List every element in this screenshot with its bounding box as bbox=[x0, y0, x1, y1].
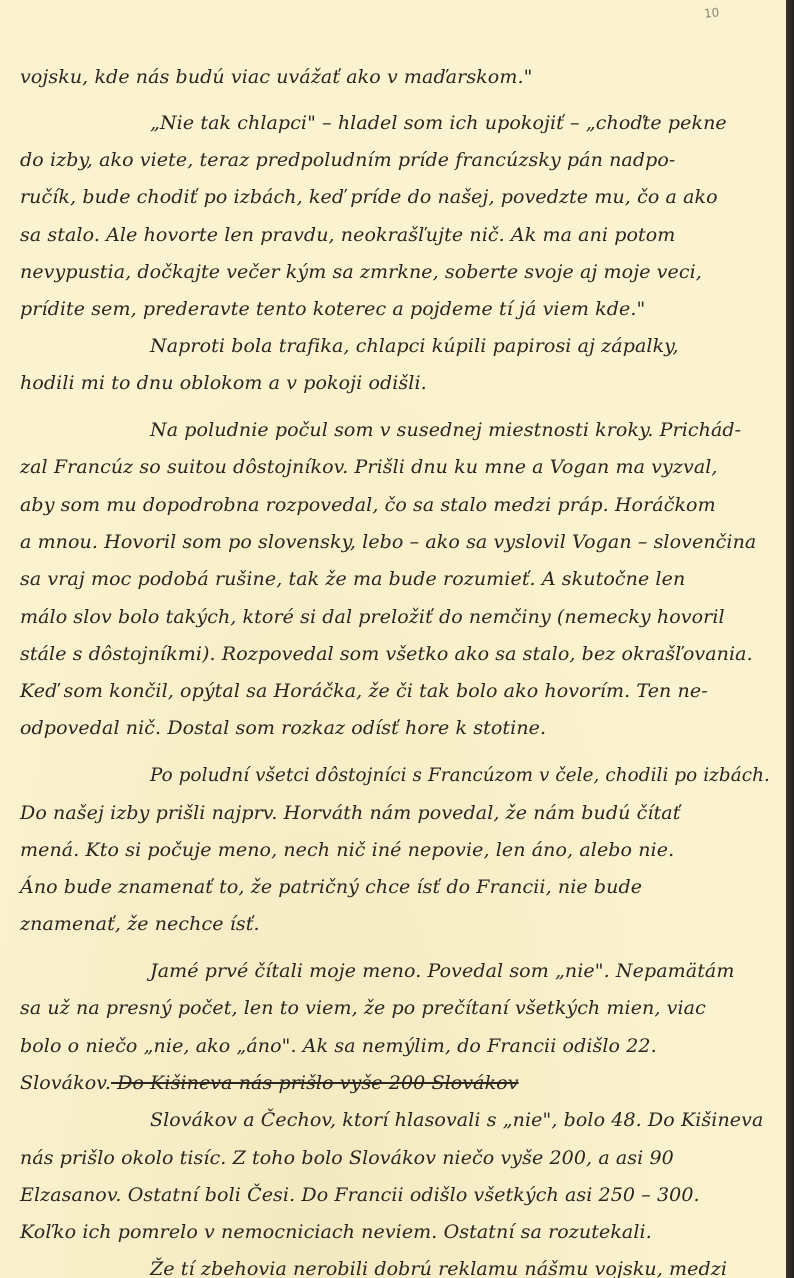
text-line: zal Francúz so suitou dôstojníkov. Prišl… bbox=[20, 456, 718, 478]
text-line: aby som mu dopodrobna rozpovedal, čo sa … bbox=[20, 494, 716, 516]
struck-through-text: Do Kišineva nás prišlo vyše 200 Slovákov bbox=[111, 1072, 519, 1094]
text-line-with-strikethrough: Slovákov. Do Kišineva nás prišlo vyše 20… bbox=[20, 1072, 519, 1094]
text-line: prídite sem, prederavte tento koterec a … bbox=[20, 298, 645, 320]
page-number: 10 bbox=[703, 5, 720, 21]
text-line: sa vraj moc podobá rušine, tak že ma bud… bbox=[20, 568, 685, 590]
text-line: Slovákov a Čechov, ktorí hlasovali s „ni… bbox=[150, 1109, 763, 1131]
text-line: hodili mi to dnu oblokom a v pokoji odiš… bbox=[20, 372, 427, 394]
text-line: bolo o niečo „nie, ako „áno". Ak sa nemý… bbox=[20, 1035, 657, 1057]
text-line: a mnou. Hovoril som po slovensky, lebo –… bbox=[20, 531, 756, 553]
text-line: Po poludní všetci dôstojníci s Francúzom… bbox=[150, 764, 770, 786]
text-line: Jamé prvé čítali moje meno. Povedal som … bbox=[150, 960, 734, 982]
text-line: znamenať, že nechce ísť. bbox=[20, 913, 260, 935]
text-line: ručík, bude chodiť po izbách, keď príde … bbox=[20, 186, 718, 208]
text-line: mená. Kto si počuje meno, nech nič iné n… bbox=[20, 839, 674, 861]
text-line: „Nie tak chlapci" – hladel som ich upoko… bbox=[150, 112, 727, 134]
text-line: sa už na presný počet, len to viem, že p… bbox=[20, 997, 706, 1019]
text-line: sa stalo. Ale hovorte len pravdu, neokra… bbox=[20, 224, 675, 246]
text-line: málo slov bolo takých, ktoré si dal prel… bbox=[20, 606, 725, 628]
text-segment: Slovákov. bbox=[20, 1072, 111, 1094]
text-line: Koľko ich pomrelo v nemocniciach neviem.… bbox=[20, 1221, 652, 1243]
text-line: nás prišlo okolo tisíc. Z toho bolo Slov… bbox=[20, 1147, 674, 1169]
text-line: stále s dôstojníkmi). Rozpovedal som vše… bbox=[20, 643, 753, 665]
text-line: Na poludnie počul som v susednej miestno… bbox=[150, 419, 741, 441]
text-line: Že tí zbehovia nerobili dobrú reklamu ná… bbox=[150, 1258, 727, 1278]
text-line: Keď som končil, opýtal sa Horáčka, že či… bbox=[20, 680, 708, 702]
text-line: odpovedal nič. Dostal som rozkaz odísť h… bbox=[20, 717, 546, 739]
text-line: Áno bude znamenať to, že patričný chce í… bbox=[20, 876, 642, 898]
text-line: Naproti bola trafika, chlapci kúpili pap… bbox=[150, 335, 679, 357]
text-line: nevypustia, dočkajte večer kým sa zmrkne… bbox=[20, 261, 702, 283]
text-line: Do našej izby prišli najprv. Horváth nám… bbox=[20, 802, 680, 824]
text-line: vojsku, kde nás budú viac uvážať ako v m… bbox=[20, 66, 532, 88]
page-edge-shadow bbox=[786, 0, 794, 1278]
text-line: Elzasanov. Ostatní boli Česi. Do Francii… bbox=[20, 1184, 700, 1206]
text-line: do izby, ako viete, teraz predpoludním p… bbox=[20, 149, 675, 171]
manuscript-page: 10 vojsku, kde nás budú viac uvážať ako … bbox=[0, 0, 786, 1278]
